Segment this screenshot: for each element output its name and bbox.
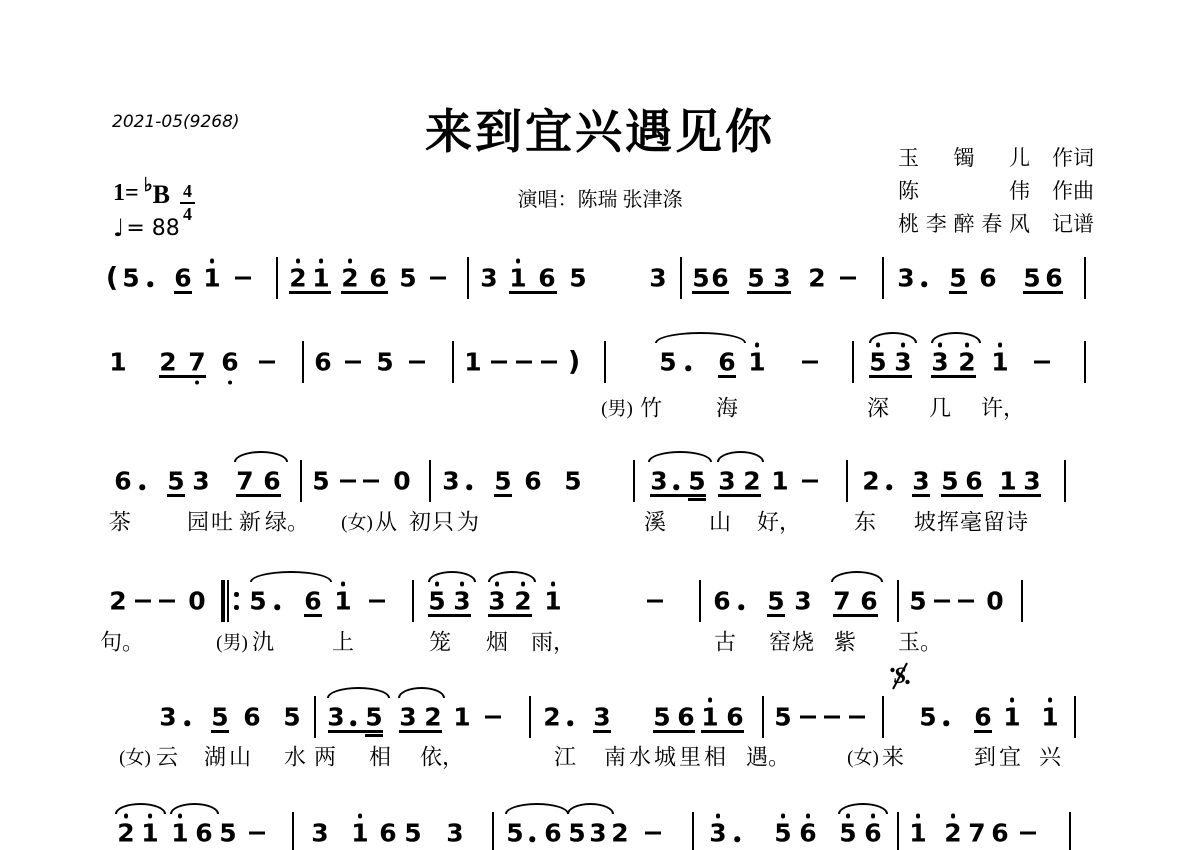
- augmentation-dot: [943, 720, 949, 726]
- lyric-syllable: 遇。: [746, 741, 790, 772]
- beam-underline: [974, 730, 992, 733]
- note: 3: [931, 350, 948, 375]
- lyric-syllable: 玉。: [898, 626, 942, 657]
- note: 7: [833, 589, 850, 614]
- repeat-dot: [234, 592, 239, 597]
- note: 3: [192, 469, 209, 494]
- lyric-syllable: 南: [604, 741, 626, 772]
- sheet-music-page: 2021-05(9268) 来到宜兴遇见你 演唱：陈瑞 张津涤 玉镯儿 作词 陈…: [0, 0, 1200, 850]
- duration-dash: [340, 480, 356, 483]
- note: 7: [968, 821, 985, 846]
- beam-underline: [174, 291, 192, 294]
- lyric-syllable: 只: [432, 506, 454, 537]
- lyric-syllable: 新: [239, 506, 261, 537]
- note: 3: [894, 350, 911, 375]
- octave-dot-high: [516, 259, 521, 264]
- note: 6: [991, 821, 1008, 846]
- note: 5: [688, 469, 705, 494]
- note: 2: [958, 350, 975, 375]
- note: 6: [864, 821, 881, 846]
- slur-arc: [869, 332, 917, 343]
- beam-underline: [341, 291, 388, 294]
- octave-dot-high: [716, 814, 721, 819]
- duration-dash: [1020, 832, 1036, 835]
- duration-dash: [934, 600, 950, 603]
- lyric-syllable: 烟: [486, 626, 508, 657]
- octave-dot-high: [938, 343, 943, 348]
- note: 1: [312, 266, 329, 291]
- beam-underline: [365, 734, 383, 737]
- note: 5: [659, 350, 676, 375]
- note: 3: [650, 469, 667, 494]
- note: 5: [312, 469, 329, 494]
- note: 3: [1023, 469, 1040, 494]
- lyric-syllable: 几: [929, 392, 951, 423]
- lyric-syllable: 许，: [981, 392, 1025, 423]
- slur-arc: [931, 332, 981, 343]
- note: 5: [568, 821, 585, 846]
- meter-numerator: 4: [183, 182, 192, 200]
- note: 3: [488, 589, 505, 614]
- lyric-syllable: 为: [457, 506, 479, 537]
- note: 5: [569, 266, 586, 291]
- augmentation-dot: [886, 484, 892, 490]
- note: 5: [774, 821, 791, 846]
- duration-dash: [430, 277, 446, 280]
- note: 5: [564, 469, 581, 494]
- octave-dot-high: [708, 698, 713, 703]
- octave-dot-high: [846, 814, 851, 819]
- lyric-syllable: 窑: [769, 626, 791, 657]
- note: 1: [748, 350, 765, 375]
- duration-dash: [491, 361, 507, 364]
- note: 3: [311, 821, 328, 846]
- augmentation-dot: [567, 720, 573, 726]
- barline: [314, 696, 316, 738]
- key-prefix: 1=: [113, 180, 139, 207]
- beam-underline: [211, 730, 229, 733]
- beam-underline: [167, 494, 185, 497]
- note: 6: [1045, 266, 1062, 291]
- note: 1: [334, 589, 351, 614]
- duration-dash: [840, 277, 856, 280]
- lyric-syllable: (女): [119, 743, 151, 770]
- duration-dash: [800, 716, 816, 719]
- beam-underline: [593, 730, 611, 733]
- note: 2: [117, 821, 134, 846]
- quarter-note-icon: ♩: [113, 214, 124, 242]
- note: 5: [365, 705, 382, 730]
- note: 6: [221, 350, 238, 375]
- lyric-syllable: 从: [375, 506, 397, 537]
- beam-underline: [718, 375, 736, 378]
- slur-arc: [115, 803, 166, 814]
- beam-underline: [236, 494, 281, 497]
- octave-dot-high: [965, 343, 970, 348]
- lyric-syllable: 城: [654, 741, 676, 772]
- lyric-syllable: 溪: [644, 506, 666, 537]
- barline: [604, 341, 606, 383]
- note: 6: [726, 705, 743, 730]
- note: 5: [869, 350, 886, 375]
- note: 6: [713, 589, 730, 614]
- note: 1: [544, 589, 561, 614]
- svg-text:S: S: [894, 663, 907, 688]
- time-signature: 4 4: [180, 182, 195, 223]
- octave-dot-high: [1010, 698, 1015, 703]
- beam-underline: [399, 730, 442, 733]
- duration-dash: [802, 361, 818, 364]
- note: 1: [701, 705, 718, 730]
- note: 1: [1041, 705, 1058, 730]
- note: 5: [219, 821, 236, 846]
- slur-arc: [250, 571, 332, 582]
- lyric-syllable: 山: [709, 506, 731, 537]
- barline: [1084, 341, 1086, 383]
- song-title: 来到宜兴遇见你: [425, 106, 775, 160]
- barline: [692, 812, 694, 850]
- duration-dash: [802, 480, 818, 483]
- lyric-syllable: 海: [716, 392, 738, 423]
- lyric-syllable: 到: [974, 741, 996, 772]
- lyric-syllable: 雨，: [531, 626, 575, 657]
- note: 1: [509, 266, 526, 291]
- note: 3: [649, 266, 666, 291]
- octave-dot-low: [228, 380, 233, 385]
- augmentation-dot: [734, 836, 740, 842]
- note: 1: [999, 469, 1016, 494]
- note: 1: [203, 266, 220, 291]
- transcriber-role: 记谱: [1052, 211, 1094, 237]
- repeat-bar-thin: [227, 580, 229, 622]
- note: 2: [424, 705, 441, 730]
- close-parenthesis: ): [568, 347, 580, 378]
- note: 1: [141, 821, 158, 846]
- octave-dot-high: [495, 582, 500, 587]
- note: 1: [1003, 705, 1020, 730]
- beam-underline: [494, 494, 512, 497]
- barline: [1021, 580, 1023, 622]
- composer-name: 陈伟: [898, 178, 1030, 204]
- note: 3: [718, 469, 735, 494]
- note: 6: [718, 350, 735, 375]
- barline: [852, 341, 854, 383]
- octave-dot-high: [296, 259, 301, 264]
- lyric-syllable: 毫: [960, 506, 982, 537]
- note: 6: [677, 705, 694, 730]
- note: 3: [897, 266, 914, 291]
- credit-composer: 陈伟 作曲: [898, 178, 1094, 204]
- note: 6: [369, 266, 386, 291]
- note: 3: [446, 821, 463, 846]
- lyric-syllable: 留: [983, 506, 1005, 537]
- note: 5: [949, 266, 966, 291]
- octave-dot-high: [358, 814, 363, 819]
- barline: [300, 460, 302, 502]
- lyric-syllable: 水: [284, 741, 306, 772]
- beam-underline: [488, 614, 532, 617]
- duration-dash: [958, 600, 974, 603]
- note: 1: [464, 350, 481, 375]
- tempo-value: = 88: [126, 216, 179, 241]
- duration-dash: [849, 716, 865, 719]
- note: 2: [543, 705, 560, 730]
- note: 0: [986, 589, 1003, 614]
- barline: [467, 257, 469, 299]
- beam-underline: [650, 494, 706, 497]
- augmentation-dot: [738, 604, 744, 610]
- note: 5: [747, 266, 764, 291]
- flat-icon: ♭: [144, 174, 153, 197]
- credit-transcriber: 桃李醉春风 记谱: [898, 211, 1094, 237]
- note: 3: [453, 589, 470, 614]
- lyric-syllable: 深: [867, 392, 889, 423]
- composer-role: 作曲: [1052, 178, 1094, 204]
- beam-underline: [999, 494, 1041, 497]
- note: 3: [480, 266, 497, 291]
- note: 6: [524, 469, 541, 494]
- slur-arc: [234, 451, 288, 462]
- duration-dash: [249, 832, 265, 835]
- note: 5: [941, 469, 958, 494]
- note: 3: [442, 469, 459, 494]
- slur-arc: [838, 803, 888, 814]
- note: 0: [188, 589, 205, 614]
- note: 2: [109, 589, 126, 614]
- lyric-syllable: 里: [679, 741, 701, 772]
- octave-dot-low: [195, 380, 200, 385]
- note: 5: [506, 821, 523, 846]
- lyric-syllable: (女): [847, 743, 879, 770]
- note: 2: [289, 266, 306, 291]
- beam-underline: [833, 614, 878, 617]
- octave-dot-high: [1048, 698, 1053, 703]
- note: 2: [159, 350, 176, 375]
- octave-dot-high: [871, 814, 876, 819]
- octave-dot-high: [901, 343, 906, 348]
- note: 5: [909, 589, 926, 614]
- octave-dot-high: [319, 259, 324, 264]
- barline: [302, 341, 304, 383]
- lyric-syllable: 湖: [204, 741, 226, 772]
- beam-underline: [949, 291, 967, 294]
- note: 6: [174, 266, 191, 291]
- slur-arc: [170, 803, 219, 814]
- octave-dot-high: [998, 343, 1003, 348]
- augmentation-dot: [184, 720, 190, 726]
- duration-dash: [1034, 361, 1050, 364]
- lyric-syllable: 句。: [100, 626, 144, 657]
- augmentation-dot: [921, 281, 927, 287]
- repeat-bar-thick: [221, 580, 225, 622]
- note: 1: [171, 821, 188, 846]
- duration-dash: [824, 716, 840, 719]
- note: 3: [399, 705, 416, 730]
- note: 2: [944, 821, 961, 846]
- credit-lyricist: 玉镯儿 作词: [898, 145, 1094, 171]
- beam-underline: [718, 494, 761, 497]
- beam-underline: [767, 614, 785, 617]
- lyric-syllable: 挥: [937, 506, 959, 537]
- note: 3: [327, 705, 344, 730]
- note: 6: [195, 821, 212, 846]
- note: 5: [283, 705, 300, 730]
- beam-underline: [912, 494, 930, 497]
- lyric-syllable: 紫: [834, 626, 856, 657]
- note: 3: [794, 589, 811, 614]
- lyric-syllable: 茶: [109, 506, 131, 537]
- note: 6: [979, 266, 996, 291]
- lyric-syllable: 水: [629, 741, 651, 772]
- tempo-marking: ♩ = 88: [113, 214, 180, 242]
- augmentation-dot: [673, 484, 679, 490]
- credits-block: 玉镯儿 作词 陈伟 作曲 桃李醉春风 记谱: [898, 145, 1094, 244]
- note: 3: [593, 705, 610, 730]
- lyric-syllable: 山: [229, 741, 251, 772]
- duration-dash: [409, 361, 425, 364]
- lyric-syllable: 江: [554, 741, 576, 772]
- duration-dash: [135, 600, 151, 603]
- note: 7: [188, 350, 205, 375]
- augmentation-dot: [274, 604, 280, 610]
- note: 6: [711, 266, 728, 291]
- beam-underline: [941, 494, 983, 497]
- key-tonic: B: [153, 180, 170, 210]
- note: 6: [379, 821, 396, 846]
- lyricist-role: 作词: [1052, 145, 1094, 171]
- note: 5: [428, 589, 445, 614]
- slur-arc: [717, 451, 764, 462]
- barline: [1074, 696, 1076, 738]
- note: 6: [860, 589, 877, 614]
- lyric-syllable: (男): [216, 628, 248, 655]
- note: 5: [376, 350, 393, 375]
- slur-arc: [655, 332, 746, 343]
- lyricist-name: 玉镯儿: [898, 145, 1030, 171]
- barline: [1069, 812, 1071, 850]
- lyric-syllable: 诗: [1006, 506, 1028, 537]
- barline: [882, 696, 884, 738]
- lyric-syllable: 东: [854, 506, 876, 537]
- augmentation-dot: [350, 720, 356, 726]
- note: 2: [743, 469, 760, 494]
- barline: [897, 580, 899, 622]
- barline: [429, 460, 431, 502]
- duration-dash: [369, 600, 385, 603]
- augmentation-dot: [466, 484, 472, 490]
- note: 6: [314, 350, 331, 375]
- lyric-syllable: 坡: [914, 506, 936, 537]
- octave-dot-high: [876, 343, 881, 348]
- beam-underline: [747, 291, 791, 294]
- transcriber-name: 桃李醉春风: [898, 211, 1030, 237]
- beam-underline: [289, 291, 331, 294]
- beam-underline: [692, 291, 729, 294]
- octave-dot-high: [806, 814, 811, 819]
- beam-underline: [931, 375, 976, 378]
- duration-dash: [645, 832, 661, 835]
- note: 3: [159, 705, 176, 730]
- lyric-syllable: 古: [714, 626, 736, 657]
- lyric-syllable: 相: [704, 741, 726, 772]
- lyric-syllable: 上: [332, 626, 354, 657]
- note: 7: [236, 469, 253, 494]
- barline: [846, 460, 848, 502]
- beam-underline: [328, 730, 383, 733]
- octave-dot-high: [124, 814, 129, 819]
- note: 5: [692, 266, 709, 291]
- meter-denominator: 4: [183, 205, 192, 223]
- augmentation-dot: [147, 281, 153, 287]
- duration-dash: [235, 277, 251, 280]
- duration-dash: [485, 716, 501, 719]
- barline: [680, 257, 682, 299]
- duration-dash: [363, 480, 379, 483]
- note: 6: [538, 266, 555, 291]
- lyric-syllable: 宜: [999, 741, 1021, 772]
- note: 2: [611, 821, 628, 846]
- note: 3: [709, 821, 726, 846]
- note: 6: [965, 469, 982, 494]
- duration-dash: [345, 361, 361, 364]
- octave-dot-high: [210, 259, 215, 264]
- lyric-syllable: 初: [409, 506, 431, 537]
- note: 5: [767, 589, 784, 614]
- duration-dash: [259, 361, 275, 364]
- note: 5: [839, 821, 856, 846]
- open-parenthesis: (: [106, 263, 118, 294]
- note: 5: [122, 266, 139, 291]
- note: 5: [653, 705, 670, 730]
- beam-underline: [509, 291, 557, 294]
- barline: [633, 460, 635, 502]
- note: 2: [341, 266, 358, 291]
- lyric-syllable: 竹: [640, 392, 662, 423]
- octave-dot-high: [755, 343, 760, 348]
- lyric-syllable: 来: [882, 741, 904, 772]
- octave-dot-high: [551, 582, 556, 587]
- lyric-syllable: 氿: [252, 626, 274, 657]
- beam-underline: [869, 375, 912, 378]
- lyric-syllable: 依，: [420, 741, 464, 772]
- barline: [412, 580, 414, 622]
- lyric-syllable: 绿。: [265, 506, 309, 537]
- beam-underline: [159, 375, 206, 378]
- lyric-syllable: (男): [601, 394, 633, 421]
- note: 0: [393, 469, 410, 494]
- barline: [276, 257, 278, 299]
- repeat-dot: [234, 605, 239, 610]
- beam-underline: [688, 498, 706, 501]
- lyric-syllable: 笼: [429, 626, 451, 657]
- note: 6: [974, 705, 991, 730]
- slur-arc: [428, 571, 476, 582]
- barline: [699, 580, 701, 622]
- lyric-syllable: 烧: [792, 626, 814, 657]
- slur-arc: [648, 451, 712, 462]
- lyric-syllable: 兴: [1039, 741, 1061, 772]
- note: 5: [167, 469, 184, 494]
- barline: [762, 696, 764, 738]
- lyric-syllable: 云: [156, 741, 178, 772]
- note: 6: [243, 705, 260, 730]
- note: 2: [862, 469, 879, 494]
- barline: [452, 341, 454, 383]
- slur-arc: [831, 571, 883, 582]
- note: 1: [351, 821, 368, 846]
- barline: [1064, 460, 1066, 502]
- beam-underline: [1023, 291, 1063, 294]
